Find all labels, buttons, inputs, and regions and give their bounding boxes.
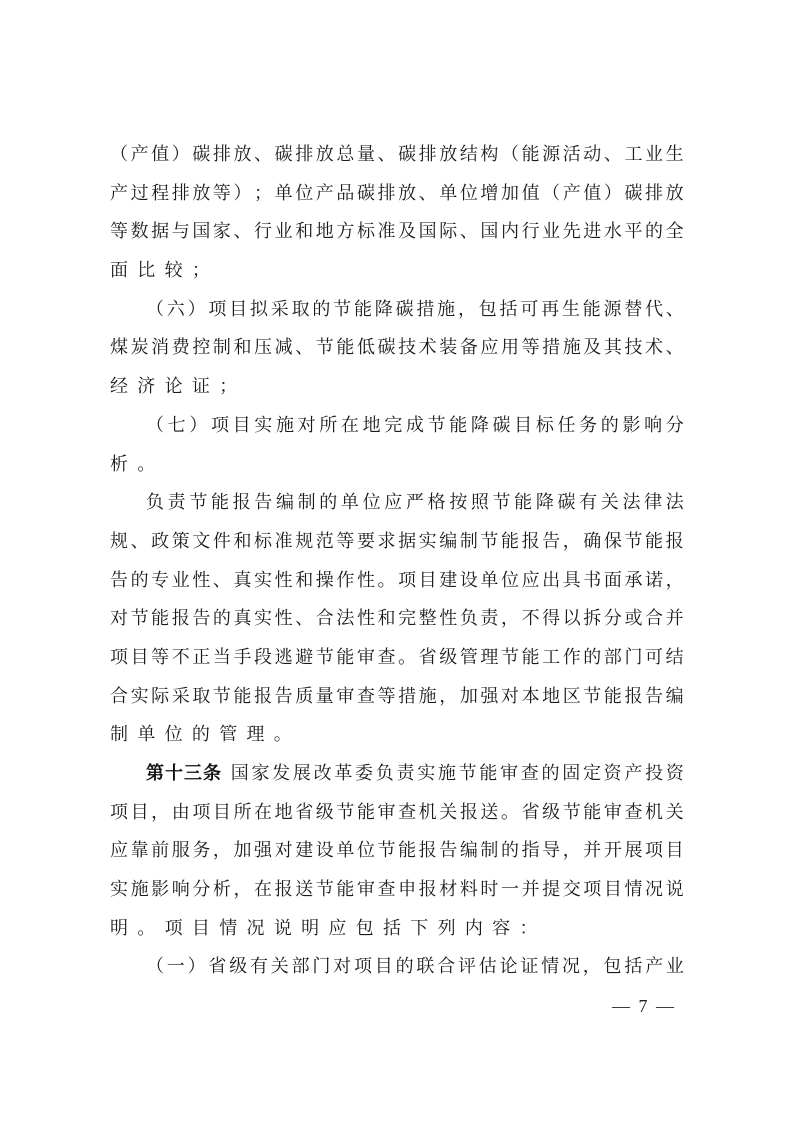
text-line: 明。项目情况说明应包括下列内容： bbox=[110, 910, 684, 949]
document-page: （产值）碳排放、碳排放总量、碳排放结构（能源活动、工业生产过程排放等）；单位产品… bbox=[0, 0, 794, 1123]
text-line: 负责节能报告编制的单位应严格按照节能降碳有关法律法 bbox=[110, 484, 684, 523]
text-line: （七）项目实施对所在地完成节能降碳目标任务的影响分 bbox=[110, 407, 684, 446]
text-line: 实施影响分析，在报送节能审查申报材料时一并提交项目情况说 bbox=[110, 871, 684, 910]
body-text: （产值）碳排放、碳排放总量、碳排放结构（能源活动、工业生产过程排放等）；单位产品… bbox=[110, 136, 684, 987]
text-line: 经济论证； bbox=[110, 368, 684, 407]
text-line: （一）省级有关部门对项目的联合评估论证情况，包括产业 bbox=[110, 948, 684, 987]
text-line: 产过程排放等）；单位产品碳排放、单位增加值（产值）碳排放 bbox=[110, 175, 684, 214]
text-line: 应靠前服务，加强对建设单位节能报告编制的指导，并开展项目 bbox=[110, 832, 684, 871]
text-line: 第十三条国家发展改革委负责实施节能审查的固定资产投资 bbox=[110, 755, 684, 794]
text-line: 面比较； bbox=[110, 252, 684, 291]
text-line: （六）项目拟采取的节能降碳措施，包括可再生能源替代、 bbox=[110, 291, 684, 330]
text-line: （产值）碳排放、碳排放总量、碳排放结构（能源活动、工业生 bbox=[110, 136, 684, 175]
text-line: 析。 bbox=[110, 446, 684, 485]
page-number: — 7 — bbox=[612, 996, 676, 1017]
text-line: 项目等不正当手段逃避节能审查。省级管理节能工作的部门可结 bbox=[110, 639, 684, 678]
text-line: 等数据与国家、行业和地方标准及国际、国内行业先进水平的全 bbox=[110, 213, 684, 252]
article-heading: 第十三条 bbox=[146, 755, 222, 794]
text-line: 合实际采取节能报告质量审查等措施，加强对本地区节能报告编 bbox=[110, 678, 684, 717]
text-line: 煤炭消费控制和压减、节能低碳技术装备应用等措施及其技术、 bbox=[110, 329, 684, 368]
text-line: 规、政策文件和标准规范等要求据实编制节能报告，确保节能报 bbox=[110, 523, 684, 562]
text-line: 项目，由项目所在地省级节能审查机关报送。省级节能审查机关 bbox=[110, 794, 684, 833]
text-line: 告的专业性、真实性和操作性。项目建设单位应出具书面承诺， bbox=[110, 562, 684, 601]
text-line: 对节能报告的真实性、合法性和完整性负责，不得以拆分或合并 bbox=[110, 600, 684, 639]
text-line: 制单位的管理。 bbox=[110, 716, 684, 755]
